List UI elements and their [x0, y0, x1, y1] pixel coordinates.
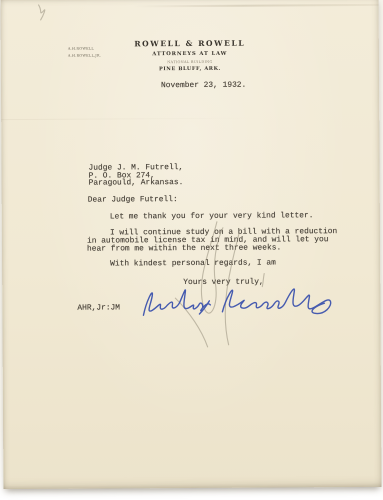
- closing-line: Yours very truly,: [183, 279, 264, 287]
- firm-name: ROWELL & ROWELL: [1, 38, 379, 49]
- letter-date: November 23, 1932.: [161, 82, 246, 90]
- salutation: Dear Judge Futrell:: [88, 196, 178, 204]
- body-line: With kindest personal regards, I am: [110, 259, 276, 268]
- firm-address-city: PINE BLUFF, ARK.: [1, 65, 379, 73]
- firm-subtitle: ATTORNEYS AT LAW: [1, 50, 379, 58]
- scanned-letter-photo: A.H.ROWELL A.H.ROWELL,JR. ROWELL & ROWEL…: [0, 0, 383, 500]
- pencil-scrawl: [175, 298, 207, 347]
- letterhead: ROWELL & ROWELL ATTORNEYS AT LAW NATIONA…: [1, 38, 379, 73]
- letter-paper: A.H.ROWELL A.H.ROWELL,JR. ROWELL & ROWEL…: [1, 0, 382, 489]
- body-line: hear from me within the next three weeks…: [87, 244, 281, 253]
- signature-stroke-rowell: [222, 289, 330, 314]
- pencil-mark-top: [39, 5, 45, 20]
- recipient-line: Paragould, Arkansas.: [89, 179, 184, 187]
- reference-initials: AHR,Jr:JM: [77, 304, 120, 312]
- signature-stroke-x-cross: [199, 301, 209, 314]
- paper-crease: [1, 117, 379, 120]
- body-line: Let me thank you for your very kind lett…: [110, 212, 314, 221]
- signature-stroke-hendrix: [143, 290, 210, 316]
- paper-crease: [133, 4, 379, 8]
